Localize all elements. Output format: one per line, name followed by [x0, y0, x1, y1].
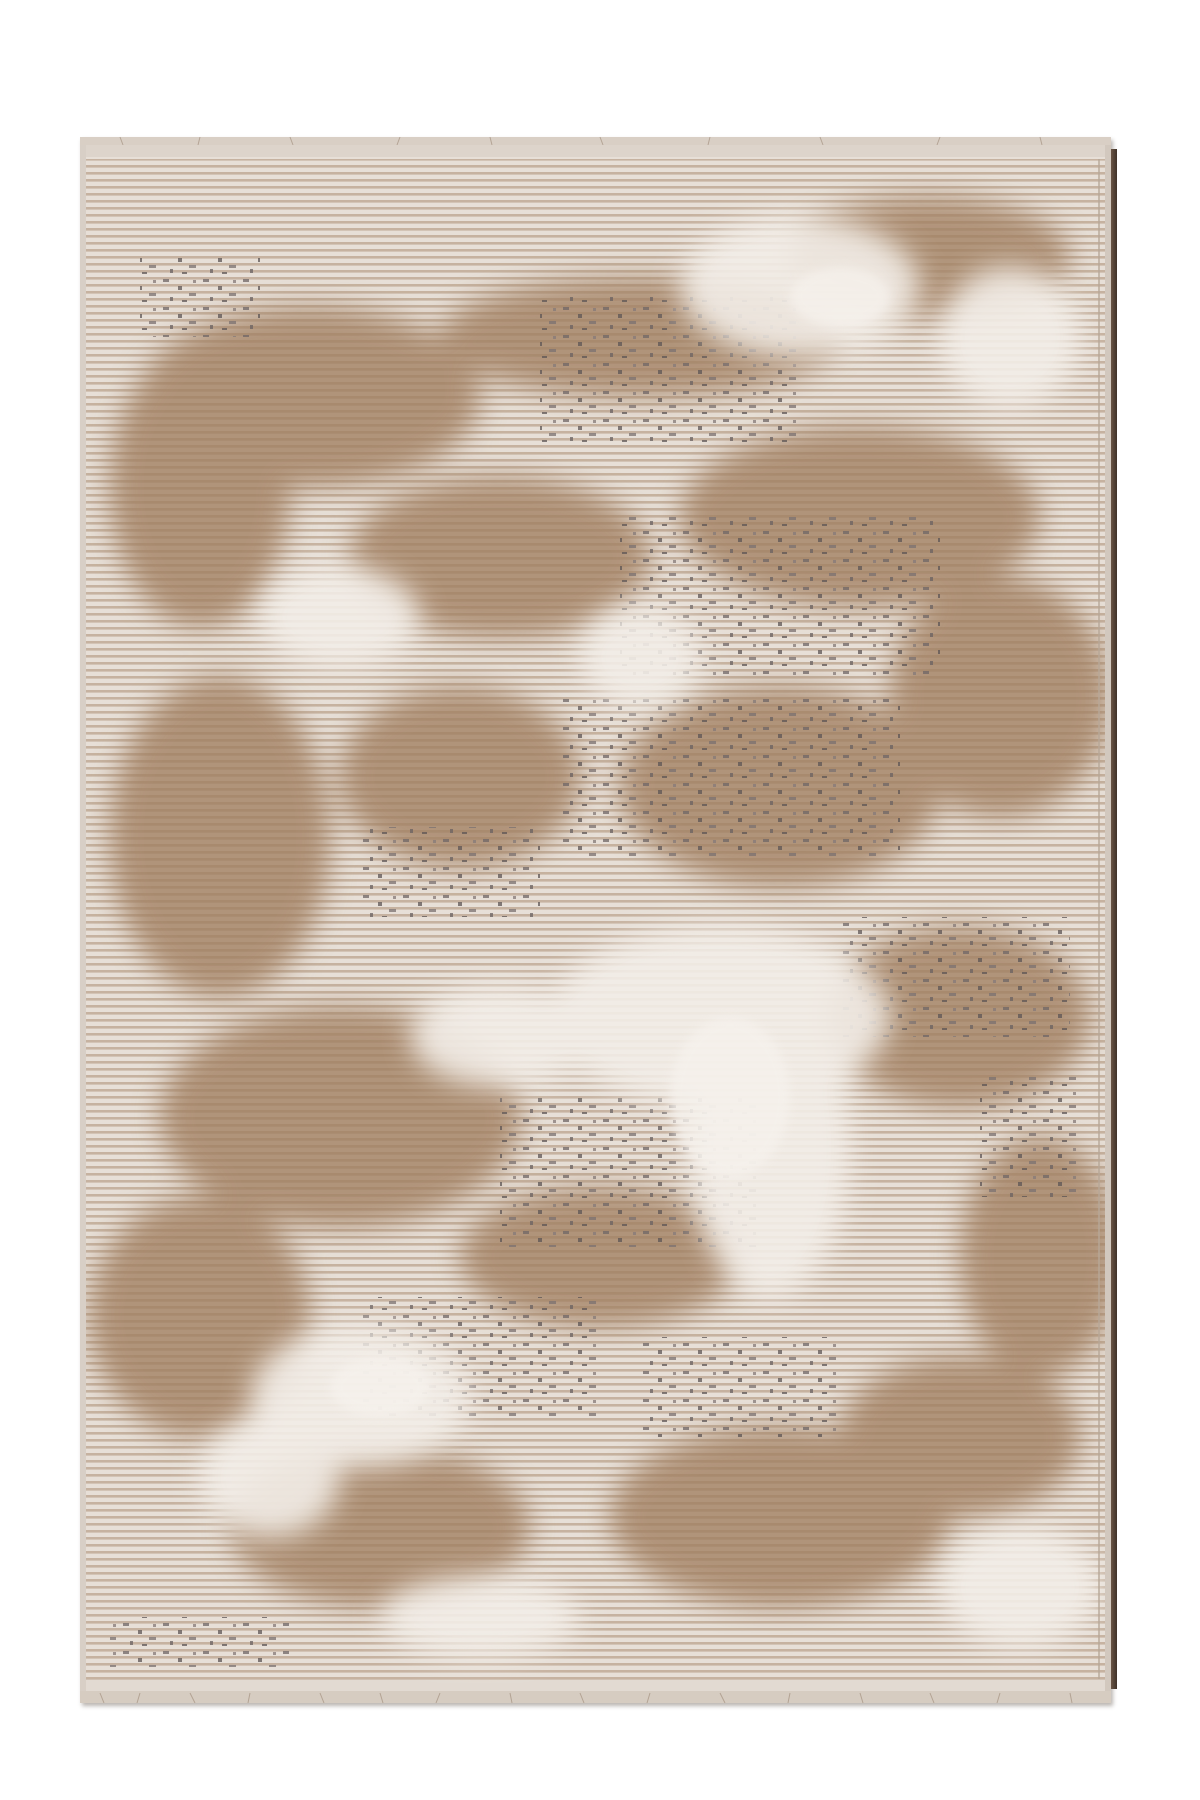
- area-rug: [80, 137, 1111, 1703]
- rug-pattern: [80, 137, 1111, 1703]
- bottom-fringe: [80, 1691, 1111, 1703]
- product-photo: [0, 0, 1200, 1800]
- rug-side-shadow: [1111, 149, 1117, 1689]
- top-fringe: [80, 137, 1111, 145]
